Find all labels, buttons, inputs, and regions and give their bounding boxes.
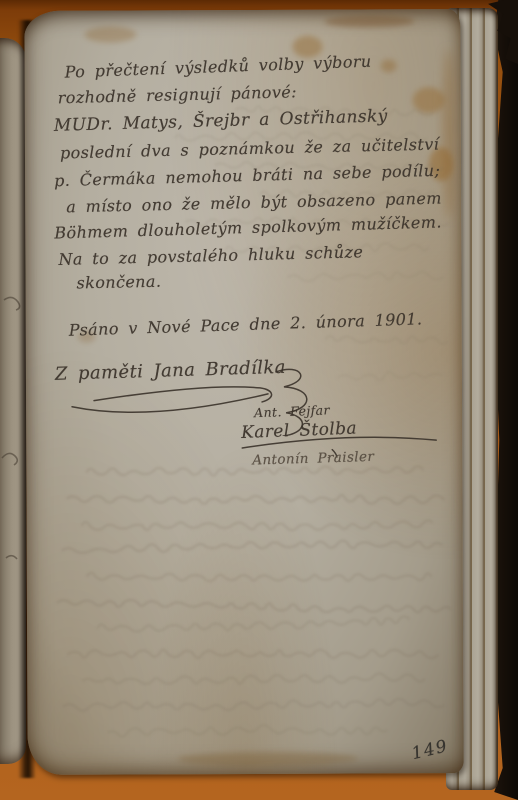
bleed-line [62, 540, 443, 553]
signature: Ant. Fejfar [254, 402, 330, 420]
bleed-line [82, 673, 425, 684]
bleed-line [62, 699, 444, 711]
bleed-line [87, 571, 432, 582]
handwritten-line: skončena. [76, 272, 161, 293]
ink-fragment [2, 453, 17, 465]
bleed-line [107, 725, 387, 737]
bleed-line [326, 335, 448, 344]
bleed-line [287, 271, 443, 281]
bleed-line [82, 520, 433, 531]
bleed-line [338, 372, 443, 381]
bleed-line [57, 598, 451, 613]
bleed-line [97, 616, 410, 631]
bleed-line [66, 494, 444, 505]
bleed-line [67, 648, 438, 659]
manuscript-page: Po přečtení výsledků volby výboru rozhod… [24, 9, 463, 775]
photographed-ledger-scene: Po přečtení výsledků volby výboru rozhod… [0, 0, 518, 800]
ink-fragment [6, 556, 17, 559]
